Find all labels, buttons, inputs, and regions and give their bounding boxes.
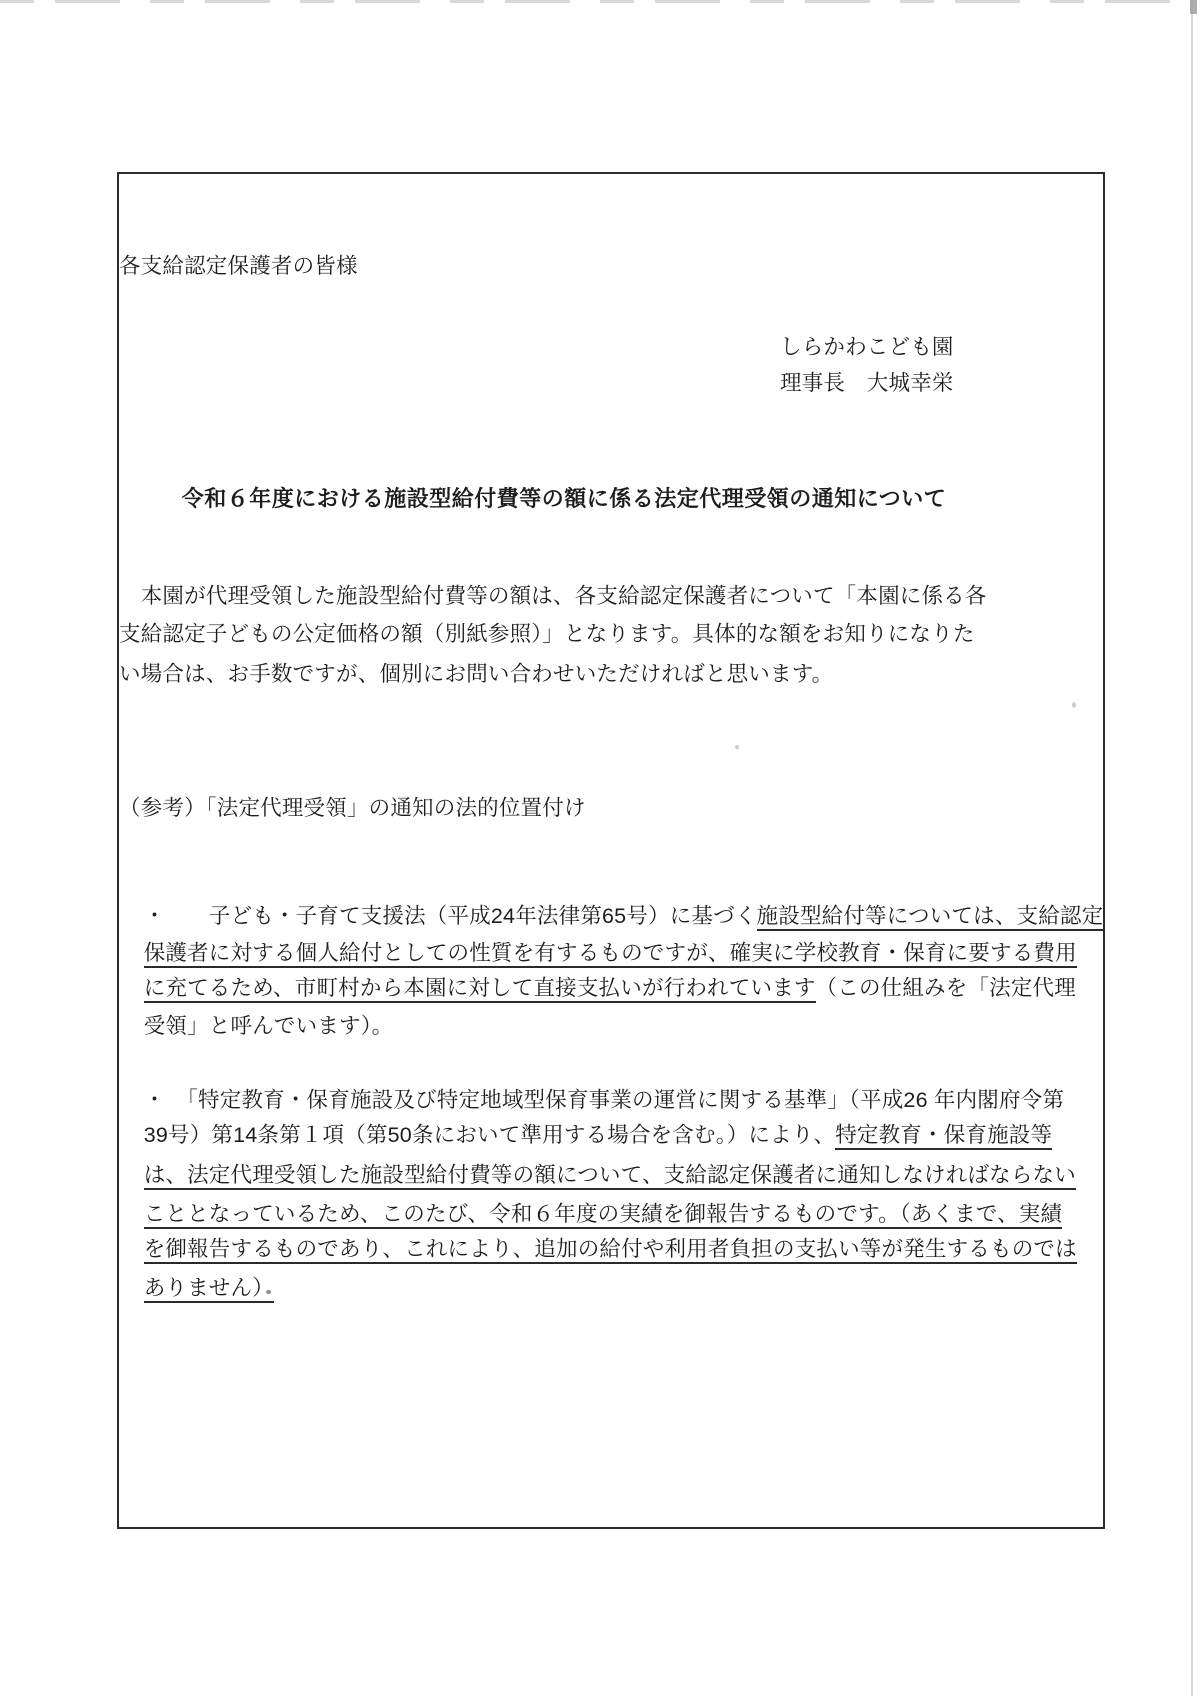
paragraph1-line2: 支給認定子どもの公定価格の額（別紙参照）」となります。具体的な額をお知りになりた <box>119 619 975 649</box>
document-title: 令和６年度における施設型給付費等の額に係る法定代理受領の通知について <box>119 484 1009 514</box>
recipient-line: 各支給認定保護者の皆様 <box>119 251 358 281</box>
paragraph1-line3: い場合は、お手数ですが、個別にお問い合わせいただければと思います。 <box>119 659 833 689</box>
paragraph1-line1: 本園が代理受領した施設型給付費等の額は、各支給認定保護者について「本園に係る各 <box>119 581 987 611</box>
bullet1-line4-plain: 受領」と呼んでいます）。 <box>144 1014 394 1038</box>
sender-representative-line: 理事長 大城幸栄 <box>780 368 954 398</box>
scanned-notice-page: 各支給認定保護者の皆様 しらかわこども園 理事長 大城幸栄 令和６年度における施… <box>0 0 1200 1696</box>
reference-heading: （参考）「法定代理受領」の通知の法的位置付け <box>119 793 586 823</box>
bullet2-line6: ありません） <box>119 1243 274 1333</box>
scan-top-edge-artifact <box>0 0 1200 3</box>
sender-organization-line: しらかわこども園 <box>780 332 954 362</box>
bullet1-line3-plain: （この仕組みを「法定代理 <box>816 976 1076 1000</box>
bullet2-line5-underlined-segment: を御報告するものであり、これにより、追加の給付や利用者負担の支払い等が発生するも… <box>144 1237 1077 1264</box>
scan-right-edge-artifact <box>1191 0 1193 1696</box>
bullet2-line6-underlined-segment: ありません） <box>144 1276 274 1303</box>
scan-corner-artifact <box>1190 0 1197 14</box>
